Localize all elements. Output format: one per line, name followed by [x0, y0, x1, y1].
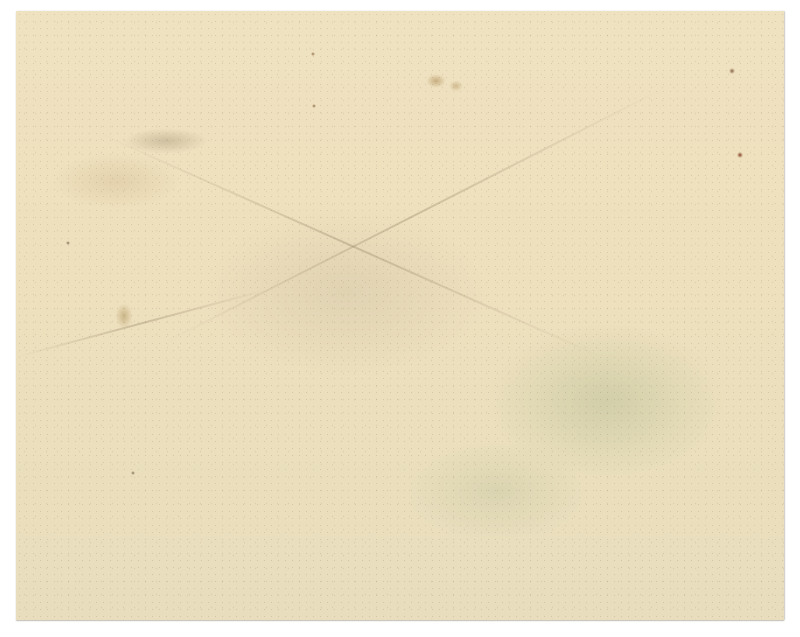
- envelope-back: [16, 11, 784, 620]
- image-canvas: [0, 0, 800, 637]
- paper-grain-texture: [16, 11, 784, 620]
